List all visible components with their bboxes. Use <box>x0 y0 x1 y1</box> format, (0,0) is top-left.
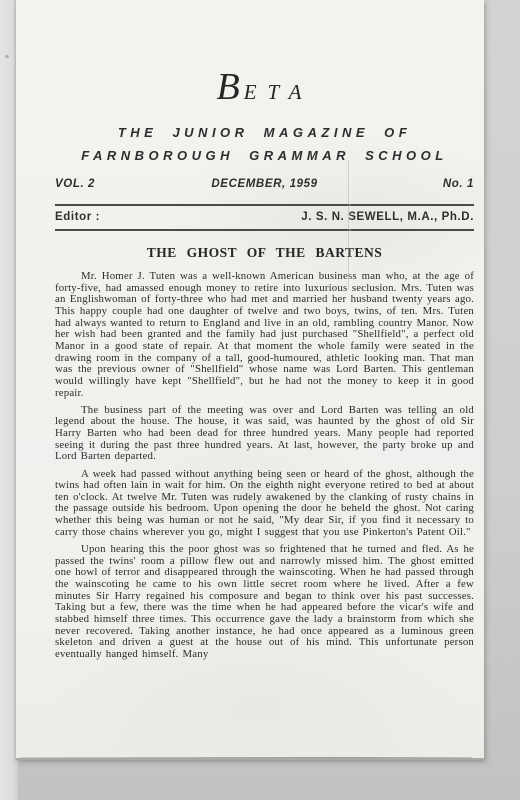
horizontal-rule-top <box>55 204 474 206</box>
scan-canvas: BETA THE JUNIOR MAGAZINE OF FARNBOROUGH … <box>0 0 520 800</box>
article-paragraph: A week had passed without anything being… <box>55 469 474 539</box>
magazine-page: BETA THE JUNIOR MAGAZINE OF FARNBOROUGH … <box>16 0 484 760</box>
article-body: Mr. Homer J. Tuten was a well-known Amer… <box>55 271 474 661</box>
masthead-rest: ETA <box>244 80 313 104</box>
issue-date: DECEMBER, 1959 <box>211 178 317 190</box>
scan-speck-artifact <box>5 55 9 58</box>
page-bottom-edge <box>20 757 472 758</box>
volume-label: VOL. 2 <box>55 178 211 190</box>
masthead-subtitle-line1: THE JUNIOR MAGAZINE OF <box>55 125 474 140</box>
editor-name: J. S. N. SEWELL, M.A., Ph.D. <box>301 211 474 223</box>
scan-crease-artifact <box>348 160 349 290</box>
article-title: THE GHOST OF THE BARTENS <box>55 245 474 261</box>
article-paragraph: Upon hearing this the poor ghost was so … <box>55 544 474 661</box>
editor-row: Editor : J. S. N. SEWELL, M.A., Ph.D. <box>55 211 474 223</box>
issue-info-row: VOL. 2 DECEMBER, 1959 No. 1 <box>55 178 474 190</box>
editor-label: Editor : <box>55 211 100 223</box>
masthead-subtitle-line2: FARNBOROUGH GRAMMAR SCHOOL <box>55 148 474 163</box>
masthead-initial: B <box>217 66 244 108</box>
page-content: BETA THE JUNIOR MAGAZINE OF FARNBOROUGH … <box>16 70 484 661</box>
horizontal-rule-bottom <box>55 229 474 231</box>
article-paragraph: The business part of the meeting was ove… <box>55 405 474 463</box>
article-paragraph: Mr. Homer J. Tuten was a well-known Amer… <box>55 271 474 399</box>
masthead-title: BETA <box>55 70 474 112</box>
issue-number: No. 1 <box>318 178 474 190</box>
